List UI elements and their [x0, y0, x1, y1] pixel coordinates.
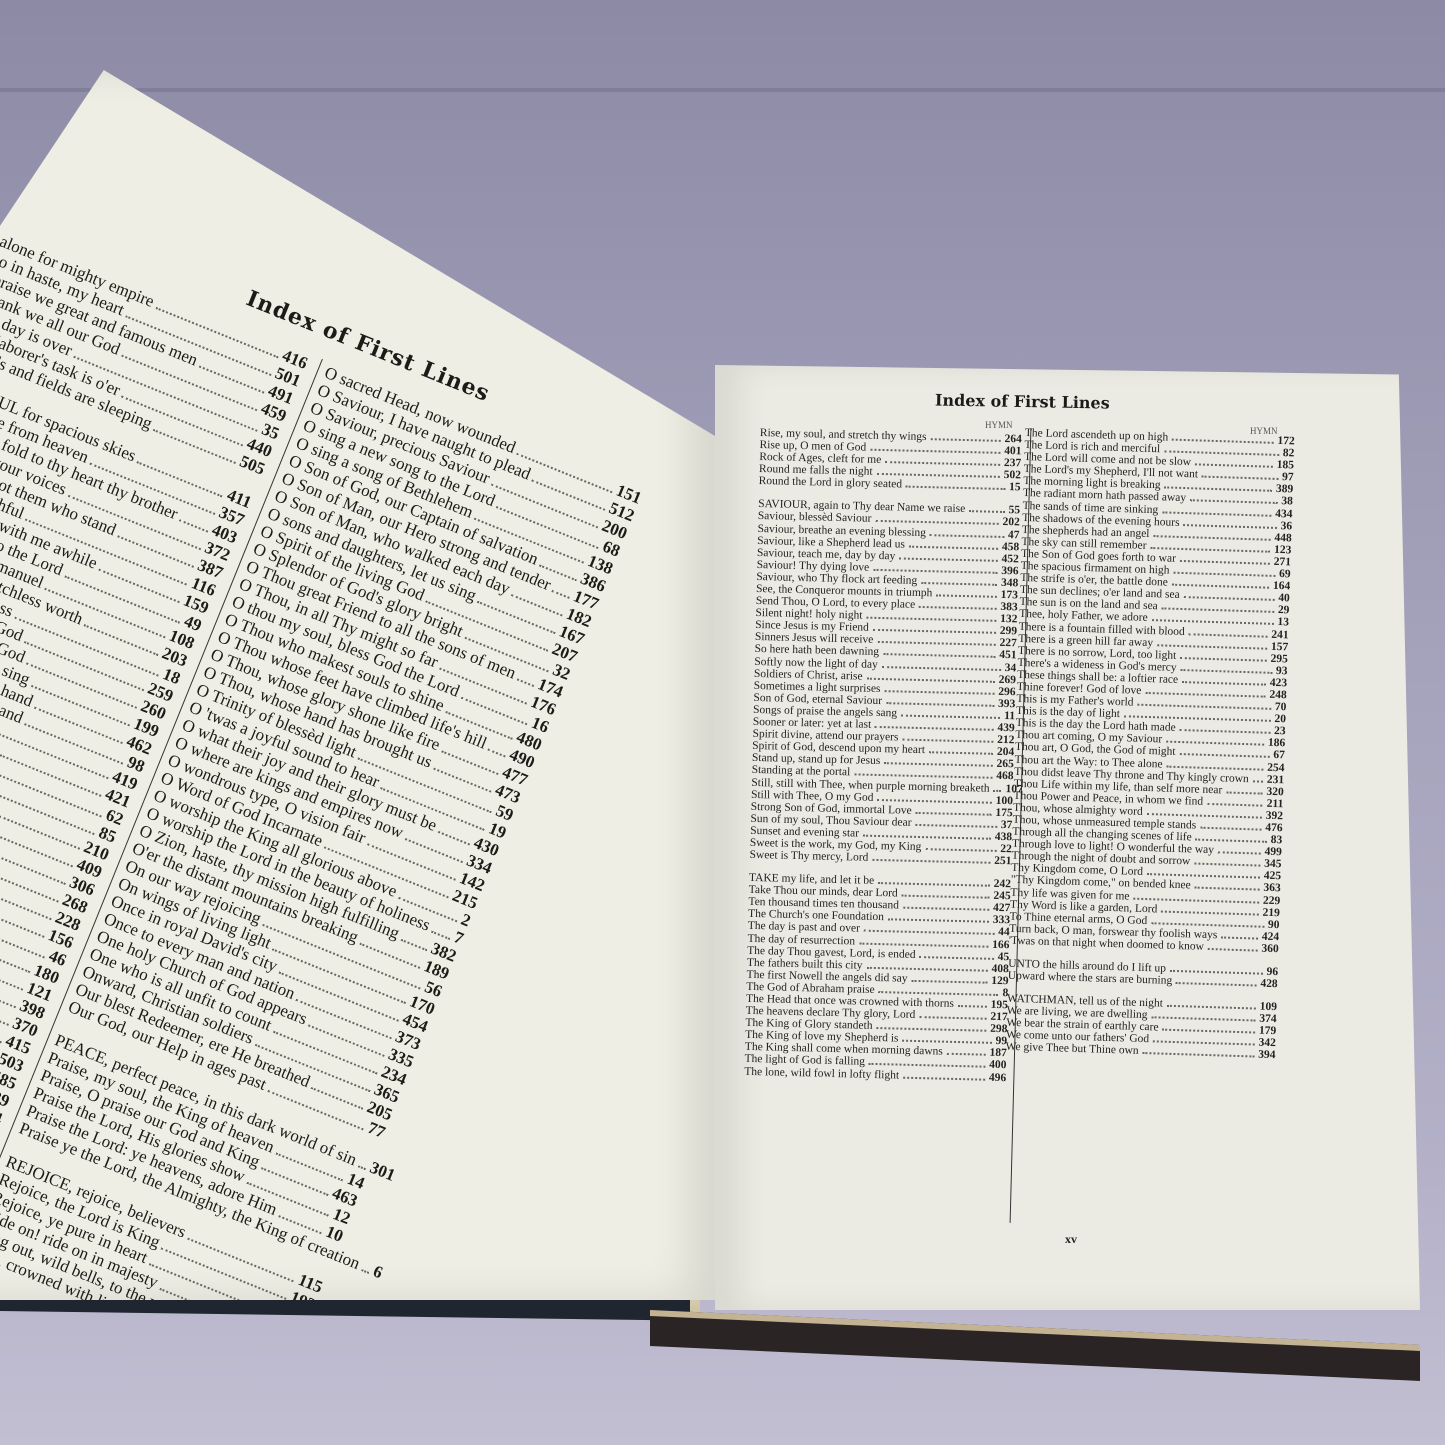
hymn-number: 271	[1273, 557, 1291, 569]
leader-dots	[930, 534, 1004, 538]
leader-dots	[902, 1040, 991, 1044]
hymn-number: 20	[1274, 714, 1286, 726]
leader-dots	[1172, 584, 1269, 589]
leader-dots	[1162, 1029, 1254, 1034]
leader-dots	[919, 606, 996, 610]
hymn-number: 175	[995, 808, 1013, 820]
hymn-number: 434	[1275, 508, 1293, 520]
hymn-number: 217	[990, 1012, 1008, 1024]
hymn-number: 348	[1001, 578, 1019, 590]
hymn-number: 264	[1004, 434, 1022, 446]
leader-dots	[929, 751, 993, 755]
hymn-number: 439	[997, 723, 1015, 735]
leader-dots	[885, 461, 1000, 466]
leader-dots	[1195, 464, 1273, 468]
leader-dots	[517, 678, 534, 686]
hymn-number: 37	[1001, 820, 1013, 832]
leader-dots	[1207, 803, 1263, 807]
hymn-number: 389	[1276, 484, 1294, 496]
hymn-number: 502	[1004, 470, 1022, 482]
hymn-number: 36	[1280, 521, 1292, 533]
hymn-number: 204	[997, 747, 1015, 759]
hymn-number: 363	[1263, 883, 1281, 895]
hymn-number: 22	[1000, 844, 1012, 856]
leader-dots	[919, 1016, 986, 1020]
hymn-number: 452	[1001, 554, 1019, 566]
leader-dots	[1208, 948, 1258, 952]
hymn-number: 34	[1005, 663, 1017, 675]
hymn-number: 269	[999, 675, 1017, 687]
hymn-number: 219	[1262, 907, 1280, 919]
hymn-number: 6	[371, 1262, 385, 1281]
hymn-number: 164	[1273, 581, 1291, 593]
leader-dots	[1162, 511, 1271, 516]
leader-dots	[262, 1371, 270, 1376]
hymn-number: 496	[989, 1072, 1007, 1084]
hymn-number: 394	[1258, 1050, 1276, 1062]
leader-dots	[878, 882, 990, 887]
page-title: Index of First Lines	[935, 390, 1110, 412]
leader-dots	[1200, 827, 1261, 831]
hymn-number: 438	[995, 832, 1013, 844]
leader-dots	[994, 789, 1002, 791]
book-cover-right	[650, 1310, 1420, 1381]
leader-dots	[1165, 487, 1272, 492]
leader-dots	[1172, 439, 1273, 444]
hymn-number: 248	[1269, 690, 1287, 702]
leader-dots	[903, 907, 989, 911]
leader-dots	[1179, 753, 1269, 758]
left-page-content: Index of First Lines Not alone for might…	[0, 175, 644, 437]
hymn-number: 299	[1000, 626, 1018, 638]
hymn-number: 173	[1001, 590, 1019, 602]
hymn-number: 231	[1267, 774, 1285, 786]
leader-dots	[1151, 1016, 1255, 1021]
hymn-number: 393	[998, 699, 1016, 711]
hymn-number: 251	[994, 856, 1012, 868]
hymn-number: 7	[452, 928, 466, 947]
leader-dots	[872, 859, 990, 864]
leader-dots	[1161, 910, 1258, 915]
hymn-number: 298	[990, 1024, 1008, 1036]
hymn-number: 301	[368, 1159, 398, 1184]
hymn-number: 172	[1277, 436, 1295, 448]
hymn-number: 427	[993, 903, 1011, 915]
leader-dots	[882, 666, 1001, 671]
leader-dots	[877, 641, 995, 646]
leader-dots	[888, 919, 989, 923]
hymn-number: 186	[1268, 738, 1286, 750]
leader-dots	[1180, 729, 1271, 734]
hymn-number: 476	[1265, 823, 1283, 835]
hymn-number: 195	[991, 1000, 1009, 1012]
hymn-number: 96	[1266, 967, 1278, 979]
leader-dots	[958, 1005, 987, 1008]
hymn-number: 424	[1262, 932, 1280, 944]
leader-dots	[1180, 560, 1270, 565]
leader-dots	[884, 690, 994, 695]
hymn-number: 100	[996, 795, 1014, 807]
leader-dots	[1137, 704, 1270, 710]
leader-dots	[1167, 765, 1264, 770]
hymn-number: 408	[991, 964, 1009, 976]
leader-dots	[875, 520, 998, 525]
leader-dots	[1253, 780, 1263, 782]
hymn-number: 93	[1276, 666, 1288, 678]
leader-dots	[931, 438, 1001, 442]
hymn-number: 47	[1008, 530, 1020, 542]
leader-dots	[902, 739, 993, 743]
leader-dots	[879, 991, 999, 996]
hymn-number: 2	[459, 911, 473, 930]
hymn-number: 346	[272, 1364, 302, 1389]
leader-dots	[877, 799, 991, 804]
leader-dots	[916, 812, 992, 816]
leader-dots	[1153, 535, 1270, 541]
hymn-number: 245	[993, 891, 1011, 903]
leader-dots	[883, 654, 995, 659]
hymn-number: 123	[1274, 545, 1292, 557]
hymn-number: 428	[1260, 979, 1278, 991]
wall-seam	[0, 88, 1445, 92]
leader-dots	[906, 486, 1005, 490]
leader-dots	[870, 449, 1000, 454]
hymn-number: 400	[989, 1060, 1007, 1072]
hymn-number: 23	[1274, 726, 1286, 738]
leader-dots	[947, 1053, 986, 1056]
leader-dots	[1196, 839, 1267, 843]
hymn-number: 448	[1274, 533, 1292, 545]
leader-dots	[909, 545, 998, 549]
hymn-number: 69	[1279, 569, 1291, 581]
left-page: Index of First Lines Not alone for might…	[0, 70, 720, 1300]
leader-dots	[1153, 1041, 1254, 1046]
hymn-number: 242	[994, 879, 1012, 891]
leader-dots	[877, 473, 1000, 478]
hymn-number: 90	[1268, 920, 1280, 932]
hymn-number: 187	[989, 1048, 1007, 1060]
hymn-number: 97	[1282, 472, 1294, 484]
leader-dots	[1170, 970, 1263, 975]
leader-dots	[854, 774, 992, 779]
hymn-number: 468	[996, 771, 1014, 783]
leader-dots	[915, 824, 996, 828]
leader-dots	[1180, 657, 1266, 662]
hymn-number: 11	[1004, 711, 1015, 723]
hymn-number: 466	[267, 1341, 297, 1366]
hymn-number: 458	[1002, 542, 1020, 554]
right-page-column-2: The Lord ascendeth up on high172The Lord…	[1005, 428, 1295, 1063]
right-page-column-1: Rise, my soul, and stretch thy wings264R…	[744, 428, 1022, 1085]
hymn-number: 70	[1275, 702, 1287, 714]
hymn-number: 150	[274, 1324, 304, 1349]
hymn-number: 129	[991, 976, 1009, 988]
hymn-number: 265	[996, 759, 1014, 771]
hymn-number: 38	[1281, 497, 1293, 509]
hymn-number: 166	[992, 939, 1010, 951]
hymn-number: 55	[1008, 505, 1020, 517]
leader-dots	[902, 895, 990, 899]
hymn-number: 333	[993, 915, 1011, 927]
hymn-number: 254	[1267, 762, 1285, 774]
hymn-number: 383	[1000, 602, 1018, 614]
leader-dots	[1195, 887, 1260, 891]
hymn-number: 29	[1278, 605, 1290, 617]
hymn-number: 396	[1001, 566, 1019, 578]
hymn-number: 360	[1261, 944, 1279, 956]
leader-dots	[1162, 608, 1274, 614]
leader-dots	[901, 714, 1000, 718]
hymn-number: 67	[1273, 750, 1285, 762]
leader-dots	[920, 956, 994, 960]
leader-dots	[884, 762, 992, 767]
leader-dots	[1183, 524, 1276, 529]
hymn-column-label: HYMN	[985, 420, 1013, 430]
leader-dots	[1182, 681, 1266, 686]
leader-dots	[866, 617, 996, 622]
hymn-number: 202	[1002, 517, 1020, 529]
leader-dots	[1157, 644, 1267, 649]
leader-dots	[1189, 633, 1268, 637]
leader-dots	[358, 1165, 366, 1170]
leader-dots	[863, 835, 991, 840]
leader-dots	[1194, 863, 1260, 867]
hymn-number: 212	[997, 735, 1015, 747]
leader-dots	[873, 629, 996, 634]
leader-dots	[361, 1269, 369, 1274]
hymn-number: 211	[1266, 799, 1283, 811]
leader-dots	[1176, 982, 1256, 987]
leader-dots	[1184, 596, 1275, 601]
hymn-number: 237	[1004, 458, 1022, 470]
leader-dots	[1180, 669, 1271, 674]
hymn-number: 296	[998, 687, 1016, 699]
hymn-number: 451	[999, 650, 1017, 662]
hymn-number: 295	[1270, 654, 1288, 666]
leader-dots	[936, 594, 996, 597]
leader-dots	[1218, 851, 1261, 854]
hymn-number: 157	[1271, 641, 1289, 653]
leader-dots	[869, 1063, 985, 1068]
leader-dots	[864, 930, 994, 935]
leader-dots	[1152, 619, 1274, 625]
leader-dots	[875, 726, 993, 731]
leader-dots	[921, 582, 997, 586]
leader-dots	[1221, 936, 1258, 939]
leader-dots	[1145, 692, 1265, 698]
leader-dots	[859, 942, 988, 947]
leader-dots	[886, 702, 994, 707]
page-number: xv	[1065, 1232, 1077, 1247]
hymn-number: 15	[1009, 482, 1021, 494]
leader-dots	[1173, 572, 1275, 577]
hymn-number: 13	[1277, 617, 1289, 629]
leader-dots	[1167, 1005, 1256, 1010]
leader-dots	[969, 510, 1004, 513]
hymn-number: 40	[1278, 593, 1290, 605]
hymn-number: 83	[1270, 835, 1282, 847]
leader-dots	[873, 569, 997, 574]
leader-dots	[1202, 476, 1278, 480]
leader-dots	[866, 966, 987, 971]
leader-dots	[205, 1327, 264, 1353]
hymn-number: 241	[1271, 629, 1289, 641]
leader-dots	[867, 677, 995, 682]
hymn-number: 132	[1000, 614, 1018, 626]
leader-dots	[925, 848, 996, 852]
hymn-number: 229	[1263, 895, 1281, 907]
leader-dots	[1190, 500, 1277, 505]
leader-dots	[1142, 1052, 1254, 1058]
leader-dots	[911, 980, 987, 984]
leader-dots	[876, 1027, 986, 1032]
hymn-number: 185	[1277, 460, 1295, 472]
leader-dots	[903, 1076, 985, 1080]
leader-dots	[899, 557, 997, 561]
leader-dots	[1166, 741, 1264, 746]
leader-dots	[1226, 791, 1262, 794]
hymn-number: 82	[1283, 448, 1295, 460]
hymn-number: 227	[999, 638, 1017, 650]
hymn-number: 320	[1266, 786, 1284, 798]
hymn-number: 401	[1004, 446, 1022, 458]
leader-dots	[1151, 922, 1264, 928]
